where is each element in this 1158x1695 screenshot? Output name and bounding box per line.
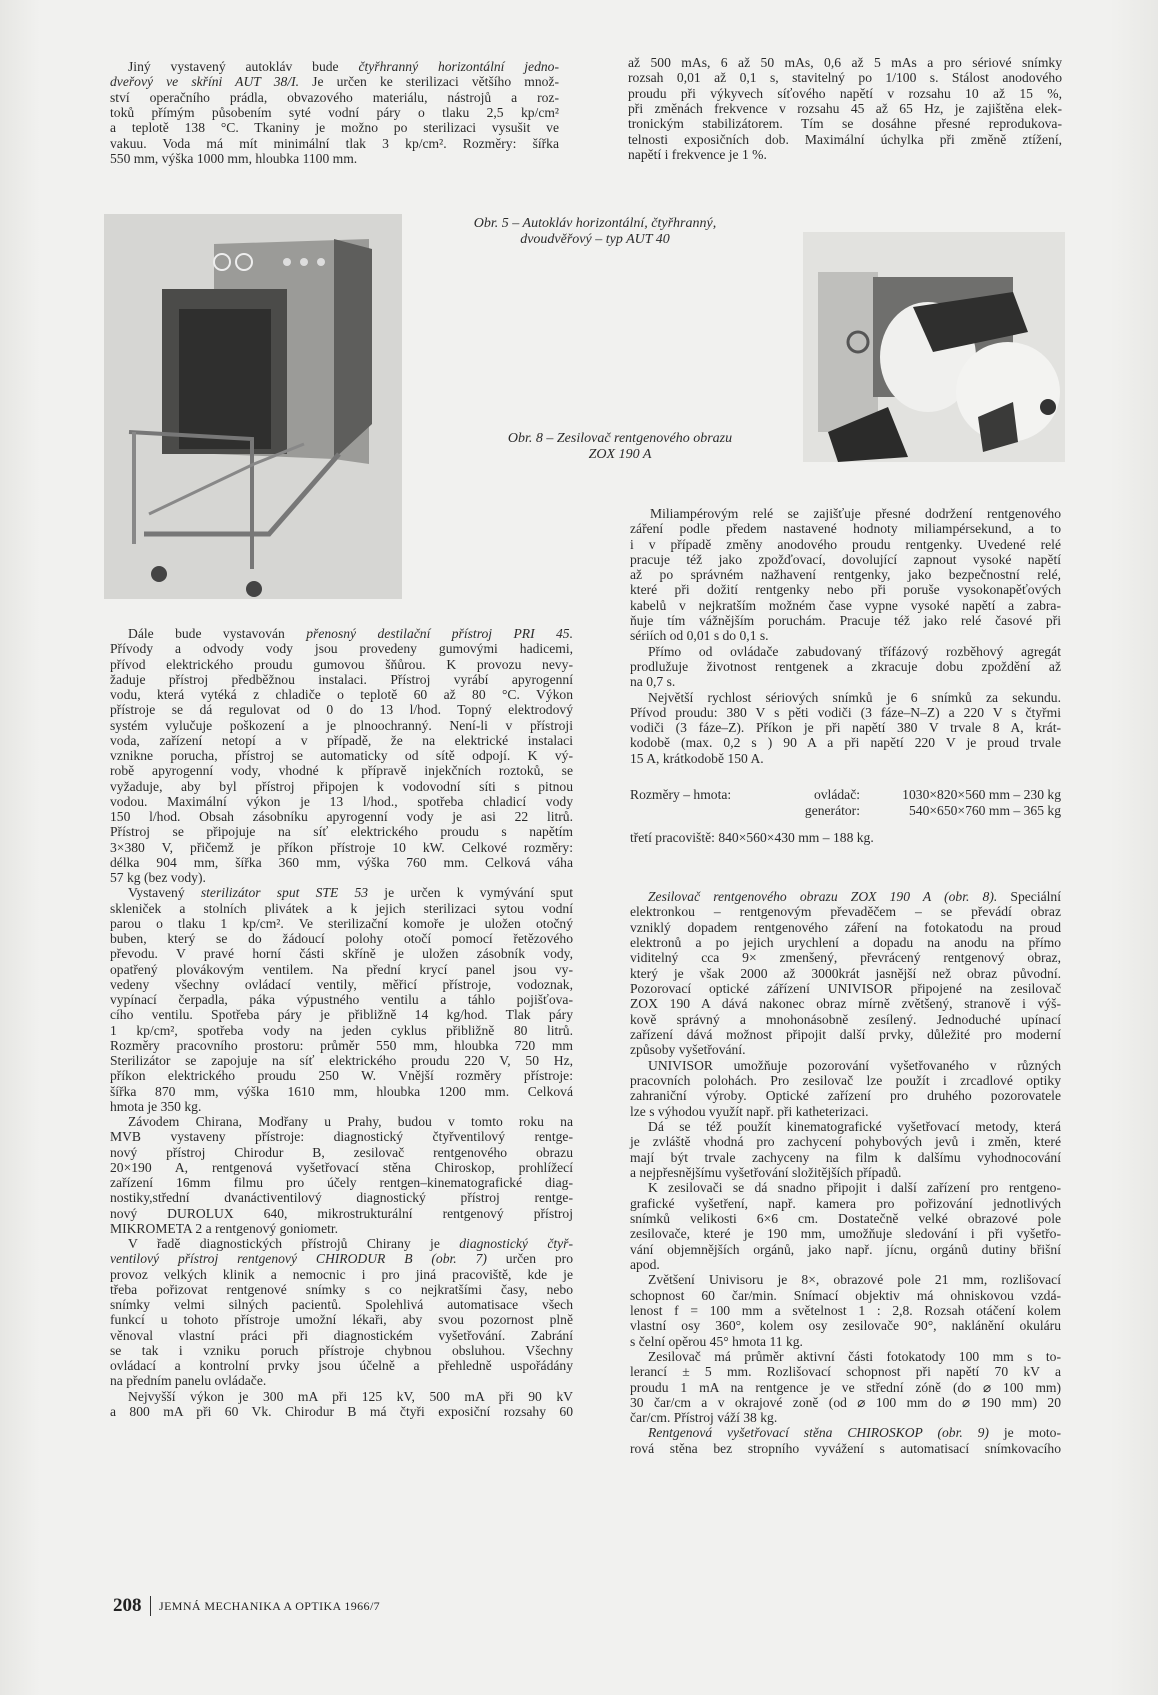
text-line: způsoby vyšetřování.	[630, 1042, 1061, 1057]
text-line: Sterilizátor se zapojuje na síť elektric…	[110, 1053, 573, 1068]
text-line: Rentgenová vyšetřovací stěna CHIROSKOP (…	[630, 1425, 1061, 1440]
text-line: 1 kp/cm², spotřeba vody na jeden cyklus …	[110, 1023, 573, 1038]
text-line: a nejpřesnějšímu vyšetřování složitějšíc…	[630, 1165, 1061, 1180]
text-line: K zesilovači se dá snadno připojit i dal…	[630, 1180, 1061, 1195]
text-line: vodiči (3 fáze–Z). Příkon je při napětí …	[630, 720, 1061, 735]
text-line: nový DUROLUX 640, mikrostrukturální rent…	[110, 1206, 573, 1221]
text-line: UNIVISOR umožňuje pozorování vyšetřované…	[630, 1058, 1061, 1073]
text-line: proudu při výkyvech síťového napětí v ro…	[628, 86, 1062, 101]
text-line: snímky velmi silných pacientů. Spolehliv…	[110, 1297, 573, 1312]
dimensions-row-name: ovládač:	[748, 787, 872, 803]
text-line: hmota je 350 kg.	[110, 1099, 573, 1114]
text-line: lenost f = 100 mm a světelnost 1 : 2,8. …	[630, 1303, 1061, 1318]
autoclave-illustration	[104, 214, 402, 599]
text-line: robě apyrogenní vody, vhodné k přípravě …	[110, 763, 573, 778]
text-line: Zesilovač rentgenového obrazu ZOX 190 A …	[630, 889, 1061, 904]
text-line: rová stěna bez stropního vyvážení s auto…	[630, 1441, 1061, 1456]
text-line: ZOX 190 A dává nakonec obraz mírně zvětš…	[630, 996, 1061, 1011]
text-line: Největší rychlost sériových snímků je 6 …	[630, 690, 1061, 705]
text-line: Jiný vystavený autokláv bude čtyřhranný …	[110, 59, 559, 74]
text-line: Pozorovací optické zářízení UNIVISOR při…	[630, 981, 1061, 996]
text-line: 30 čar/cm a v okrajové zoně (od ⌀ 100 mm…	[630, 1395, 1061, 1410]
text-line: a teplotě 138 °C. Tkaniny je možno po st…	[110, 120, 559, 135]
text-line: délka 904 mm, šířka 360 mm, výška 760 mm…	[110, 855, 573, 870]
figure-8-photo	[803, 232, 1065, 462]
text-line: šířka 870 mm, výška 1610 mm, hloubka 120…	[110, 1084, 573, 1099]
text-line: 150 l/hod. Obsah zásobníku apyrogenní vo…	[110, 809, 573, 824]
text-line: pracovních polohách. Pro zesilovač lze p…	[630, 1073, 1061, 1088]
text-line: lze s výhodou využít např. při katheteri…	[630, 1104, 1061, 1119]
text-line: se tak i vzniku poruch přístroje chybnou…	[110, 1343, 573, 1358]
text-line: na 0,7 s.	[630, 674, 1061, 689]
text-line: které při dožití rentgenky nebo při poru…	[630, 582, 1061, 597]
text-line: opatřený plovákovým ventilem. Na přední …	[110, 962, 573, 977]
right-column-intensifier-section: Zesilovač rentgenového obrazu ZOX 190 A …	[630, 889, 1061, 1456]
text-line: MIKROMETA 2 a rentgenový goniometr.	[110, 1221, 573, 1236]
text-line: V řadě diagnostických přístrojů Chirany …	[110, 1236, 573, 1251]
text-line: vedeny všechny ovládací ventily, měřicí …	[110, 977, 573, 992]
text-line: dveřový ve skříni AUT 38/I. Je určen ke …	[110, 74, 559, 89]
right-column-intro: až 500 mAs, 6 až 50 mAs, 0,6 až 5 mAs a …	[628, 55, 1062, 162]
left-column-intro: Jiný vystavený autokláv bude čtyřhranný …	[110, 59, 559, 166]
text-line: tronickým stabilizátorem. Tím se dosáhne…	[628, 116, 1062, 131]
text-line: i v případě změny anodového proudu rentg…	[630, 537, 1061, 552]
text-line: skleniček a stolních plivátek a k jejich…	[110, 901, 573, 916]
text-line: kabelů v nejkratším možném čase vypne vy…	[630, 598, 1061, 613]
text-line: 550 mm, výška 1000 mm, hloubka 1100 mm.	[110, 151, 559, 166]
text-line: sériích od 0,01 s do 0,1 s.	[630, 628, 1061, 643]
text-line: zahraniční výroby. Optické zařízení pro …	[630, 1088, 1061, 1103]
text-line: Přímo od ovládače zabudovaný třífázový r…	[630, 644, 1061, 659]
text-line: pracuje též jako zpožďovací, dovolující …	[630, 552, 1061, 567]
text-line: vodou. Maximální výkon je 13 l/hod., spo…	[110, 794, 573, 809]
text-line: Zesilovač má průměr aktivní části fotoka…	[630, 1349, 1061, 1364]
text-line: prodlužuje životnost rentgenek a zkracuj…	[630, 659, 1061, 674]
text-line: mají být trvale zachyceny na film k dalš…	[630, 1150, 1061, 1165]
text-line: příkon elektrického proudu 250 W. Vnější…	[110, 1068, 573, 1083]
text-line: snímků velikosti 6×6 cm. Dostatečně velk…	[630, 1211, 1061, 1226]
text-line: Vystavený sterilizátor sput STE 53 je ur…	[110, 885, 573, 900]
text-line: schopnost 60 čar/min. Snímací objektiv m…	[630, 1288, 1061, 1303]
text-line: 3×380 V, přičemž je příkon přístroje 10 …	[110, 840, 573, 855]
text-line: Nejvyšší výkon je 300 mA při 125 kV, 500…	[110, 1389, 573, 1404]
text-line: Dá se též použít kinematografické vyšetř…	[630, 1119, 1061, 1134]
image-intensifier-illustration	[803, 232, 1065, 462]
text-line: 15 A, krátkodobě 150 A.	[630, 751, 1061, 766]
text-line: je zvláště vhodná pro zachycení pohybový…	[630, 1134, 1061, 1149]
dimensions-row-name: generátor:	[748, 803, 872, 819]
text-line: zařízení 16mm filmu pro účely rentgen–ki…	[110, 1175, 573, 1190]
text-line: s čelní opěrou 45° hmota 11 kg.	[630, 1334, 1061, 1349]
text-line: funkcí u tohoto přístroje umožní lékaři,…	[110, 1312, 573, 1327]
text-line: Závodem Chirana, Modřany u Prahy, budou …	[110, 1114, 573, 1129]
page-number: 208	[113, 1595, 142, 1617]
text-line: vypínací čerpadla, páka výpustného venti…	[110, 992, 573, 1007]
text-line: věnoval vlastní práci při diagnostickém …	[110, 1328, 573, 1343]
text-line: Přívody a odvody vody jsou provedeny gum…	[110, 641, 573, 656]
figure-8-caption-line2: ZOX 190 A	[445, 447, 795, 463]
dimensions-row-value: 540×650×760 mm – 365 kg	[872, 803, 1061, 819]
text-line: vání objemnějších orgánů, jako např. jíc…	[630, 1242, 1061, 1257]
text-line: lerancí ± 5 mm. Rozlišovací schopnost př…	[630, 1364, 1061, 1379]
text-line: čar/cm. Přístroj váží 38 kg.	[630, 1410, 1061, 1425]
text-line: cího ventilu. Spotřeba páry je přibližně…	[110, 1007, 573, 1022]
text-line: vakuu. Voda má mít minimální tlak 3 kp/c…	[110, 136, 559, 151]
text-line: Rozměry pracovního prostoru: průměr 550 …	[110, 1038, 573, 1053]
text-line: přístroje se dá regulovat od 0 do 13 l/h…	[110, 702, 573, 717]
figure-5-photo	[104, 214, 402, 599]
text-line: Přístroj se připojuje na síť elektrickéh…	[110, 824, 573, 839]
figure-8-caption-line1: Obr. 8 – Zesilovač rentgenového obrazu	[445, 431, 795, 447]
text-line: nostiky,střední dvanáctiventilový diagno…	[110, 1190, 573, 1205]
dimensions-third-workplace: třetí pracoviště: 840×560×430 mm – 188 k…	[630, 830, 1061, 846]
text-line: 20×190 A, rentgenová vyšetřovací stěna C…	[110, 1160, 573, 1175]
text-line: provoz velkých klinik a nemocnic i pro j…	[110, 1267, 573, 1282]
text-line: na předním panelu ovládače.	[110, 1373, 573, 1388]
text-line: parou o tlaku 1 kp/cm². Ve sterilizační …	[110, 916, 573, 931]
text-line: ňuje tím vážnějším poruchám. Pracuje též…	[630, 613, 1061, 628]
figure-5-caption: Obr. 5 – Autokláv horizontální, čtyřhran…	[420, 216, 770, 248]
left-column-main: Dále bude vystavován přenosný destilační…	[110, 626, 573, 1419]
text-line: vyžaduje, aby byl přístroj připojen k vo…	[110, 779, 573, 794]
text-line: vzniklý dopadem rentgenového záření na f…	[630, 920, 1061, 935]
text-line: žaduje přístroj předběžnou instalaci. Př…	[110, 672, 573, 687]
text-line: až 500 mAs, 6 až 50 mAs, 0,6 až 5 mAs a …	[628, 55, 1062, 70]
text-line: apod.	[630, 1257, 1061, 1272]
text-line: viditelný cca 9× zmenšený, převrácený re…	[630, 950, 1061, 965]
text-line: kově správný a mnohonásobně zesílený. Je…	[630, 1012, 1061, 1027]
text-line: Přívod proudu: 380 V s pěti vodiči (3 fá…	[630, 705, 1061, 720]
dimensions-label: Rozměry – hmota:	[630, 787, 748, 803]
text-line: záření podle předem nastavené hodnoty mi…	[630, 521, 1061, 536]
text-line: až po správném nažhavení rentgenky, jako…	[630, 567, 1061, 582]
text-line: telnosti exposičních dob. Maximální úchy…	[628, 132, 1062, 147]
text-line: nový přístroj Chirodur B, zesilovač rent…	[110, 1145, 573, 1160]
text-line: kodobě (max. 0,2 s ) 90 A a při napětí 2…	[630, 735, 1061, 750]
dimensions-row-value: 1030×820×560 mm – 230 kg	[872, 787, 1061, 803]
footer-divider	[150, 1596, 152, 1616]
text-line: 57 kg (bez vody).	[110, 870, 573, 885]
right-column-relay-section: Miliampérovým relé se zajišťuje přesné d…	[630, 506, 1061, 766]
text-line: třeba pořizovat rentgenové snímky s co n…	[110, 1282, 573, 1297]
text-line: Dále bude vystavován přenosný destilační…	[110, 626, 573, 641]
text-line: grafické vyšetření, např. kamera pro poř…	[630, 1196, 1061, 1211]
text-line: elektronkou – rentgenovým převaděčem – s…	[630, 904, 1061, 919]
text-line: Miliampérovým relé se zajišťuje přesné d…	[630, 506, 1061, 521]
text-line: systém vylučuje poškození a je plnoochra…	[110, 718, 573, 733]
page-footer: 208 JEMNÁ MECHANIKA A OPTIKA 1966/7	[113, 1594, 380, 1618]
text-line: rozsah 0,01 až 0,1 s, stavitelný po 1/10…	[628, 70, 1062, 85]
text-line: buben, který se do žádoucí polohy otočí …	[110, 931, 573, 946]
text-line: vodu, která vytéká z chladiče o teplotě …	[110, 687, 573, 702]
text-line: při změnách frekvence v rozsahu 45 až 65…	[628, 101, 1062, 116]
text-line: elektronů a po jejich urychlení a dopadu…	[630, 935, 1061, 950]
text-line: vlastní osy 360°, kolem osy zesilovače 9…	[630, 1318, 1061, 1333]
figure-8-caption: Obr. 8 – Zesilovač rentgenového obrazu Z…	[445, 431, 795, 463]
dimensions-table: Rozměry – hmota: ovládač: 1030×820×560 m…	[630, 787, 1061, 846]
dimensions-label-spacer	[630, 803, 748, 819]
figure-5-caption-line1: Obr. 5 – Autokláv horizontální, čtyřhran…	[420, 216, 770, 232]
text-line: ství operačního prádla, obvazového mater…	[110, 90, 559, 105]
text-line: přívod elektrického proudu gumovou šňůro…	[110, 657, 573, 672]
publication-title: JEMNÁ MECHANIKA A OPTIKA 1966/7	[159, 1599, 380, 1614]
text-line: proudu 1 mA na rentgence je ve střední z…	[630, 1380, 1061, 1395]
text-line: toků přímým působením syté vodní páry o …	[110, 105, 559, 120]
text-line: který je však 2000 až 3000krát jasnější …	[630, 966, 1061, 981]
text-line: a 800 mA při 60 Vk. Chirodur B má čtyři …	[110, 1404, 573, 1419]
text-line: Zvětšení Univisoru je 8×, obrazové pole …	[630, 1272, 1061, 1287]
figure-5-caption-line2: dvoudvěřový – typ AUT 40	[420, 232, 770, 248]
dimensions-row-generator: generátor: 540×650×760 mm – 365 kg	[630, 803, 1061, 819]
text-line: vznikne porucha, přístroj se automaticky…	[110, 748, 573, 763]
text-line: napětí i frekvence je 1 %.	[628, 147, 1062, 162]
text-line: zesilovače, které je 190 mm, umožňuje sl…	[630, 1226, 1061, 1241]
text-line: převodu. V pravé horní části skříně je u…	[110, 946, 573, 961]
text-line: MVB vystaveny přístroje: diagnostický čt…	[110, 1129, 573, 1144]
text-line: voda, zařízení netopí a v případě, že na…	[110, 733, 573, 748]
text-line: zařízení dává možnost připojit další prv…	[630, 1027, 1061, 1042]
dimensions-row-ovladac: Rozměry – hmota: ovládač: 1030×820×560 m…	[630, 787, 1061, 803]
text-line: ventilový přístroj rentgenový CHIRODUR B…	[110, 1251, 573, 1266]
text-line: ovládací a kontrolní prvky jsou účelně a…	[110, 1358, 573, 1373]
